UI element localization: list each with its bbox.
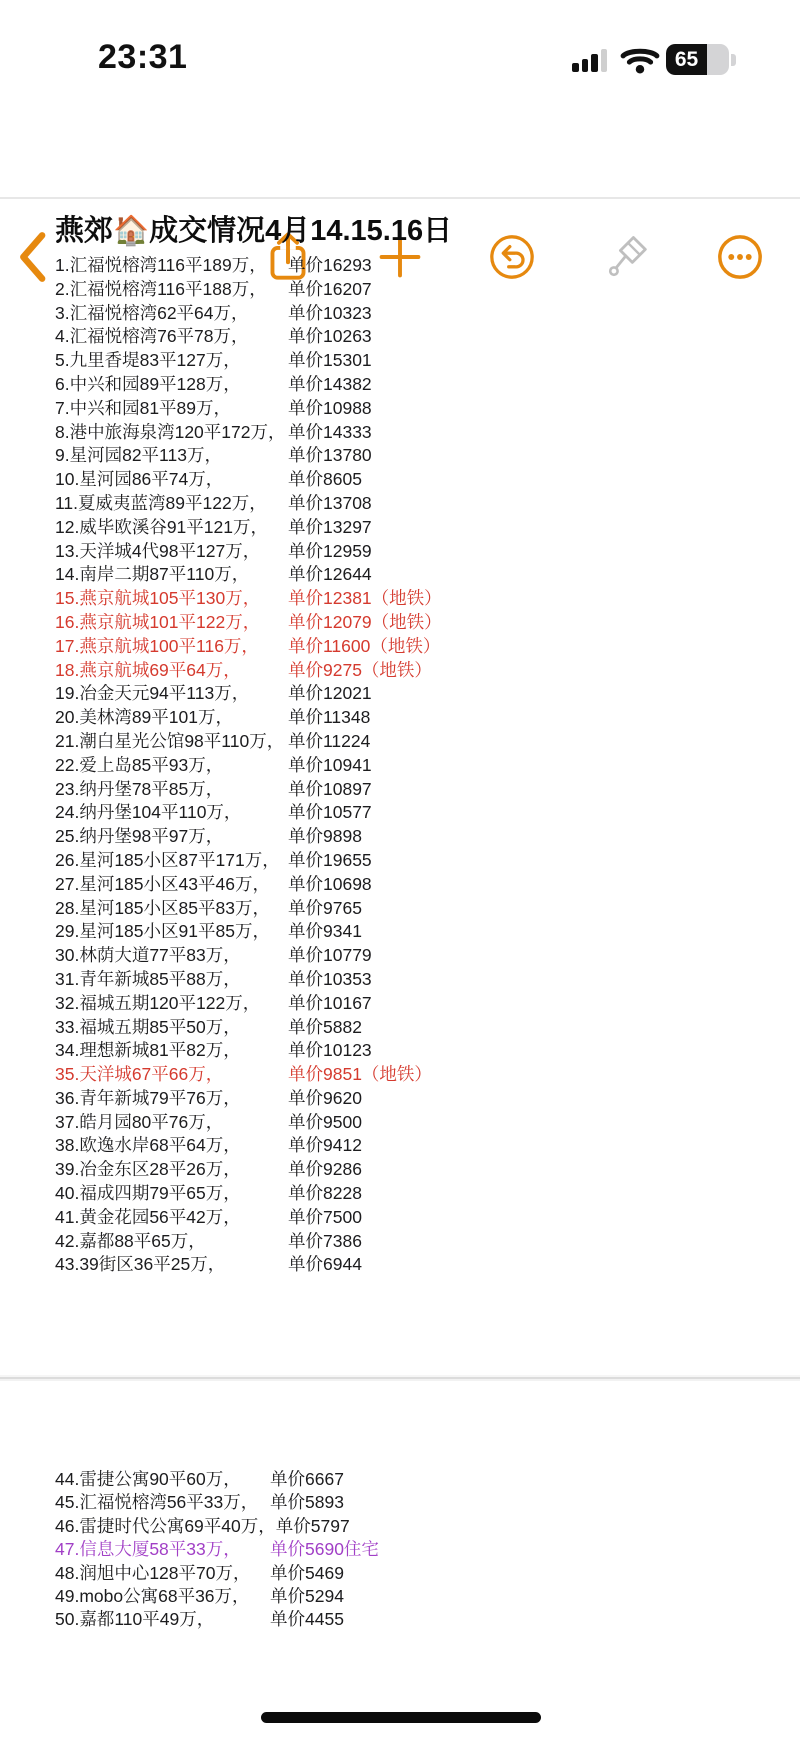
list-item: 28.星河185小区85平83万，单价9765: [55, 897, 775, 921]
home-indicator[interactable]: [261, 1712, 541, 1723]
unit-price: 单价10353: [288, 968, 372, 992]
list-item: 35.天洋城67平66万，单价9851（地铁）: [55, 1063, 775, 1087]
listing-description: 7.中兴和园81平89万，: [55, 397, 288, 421]
listing-description: 6.中兴和园89平128万，: [55, 373, 288, 397]
unit-price: 单价11600（地铁）: [288, 635, 440, 659]
unit-price: 单价5690住宅: [270, 1538, 379, 1561]
list-item: 1.汇福悦榕湾116平189万，单价16293: [55, 254, 775, 278]
unit-price: 单价16293: [288, 254, 372, 278]
list-item: 6.中兴和园89平128万，单价14382: [55, 373, 775, 397]
unit-price: 单价15301: [288, 349, 372, 373]
unit-price: 单价10263: [288, 325, 372, 349]
cellular-signal-icon: [572, 46, 610, 72]
unit-price: 单价9620: [288, 1087, 362, 1111]
list-item: 46.雷捷时代公寓69平40万，单价5797: [55, 1515, 775, 1538]
unit-price: 单价5294: [270, 1585, 344, 1608]
unit-price: 单价12079（地铁）: [288, 611, 442, 635]
list-item: 23.纳丹堡78平85万，单价10897: [55, 778, 775, 802]
unit-price: 单价5893: [270, 1491, 344, 1514]
listing-description: 18.燕京航城69平64万，: [55, 659, 288, 683]
listing-description: 48.润旭中心128平70万，: [55, 1562, 270, 1585]
unit-price: 单价9341: [288, 920, 362, 944]
listing-description: 20.美林湾89平101万，: [55, 706, 288, 730]
list-item: 25.纳丹堡98平97万，单价9898: [55, 825, 775, 849]
unit-price: 单价5469: [270, 1562, 344, 1585]
unit-price: 单价7500: [288, 1206, 362, 1230]
toolbar-divider: [0, 197, 800, 199]
list-item: 29.星河185小区91平85万，单价9341: [55, 920, 775, 944]
listing-description: 35.天洋城67平66万，: [55, 1063, 288, 1087]
listing-description: 36.青年新城79平76万，: [55, 1087, 288, 1111]
unit-price: 单价11348: [288, 706, 370, 730]
battery-percent: 65: [666, 44, 707, 75]
listing-description: 24.纳丹堡104平110万，: [55, 801, 288, 825]
listing-description: 22.爱上岛85平93万，: [55, 754, 288, 778]
listing-description: 39.冶金东区28平26万，: [55, 1158, 288, 1182]
list-item: 33.福城五期85平50万，单价5882: [55, 1016, 775, 1040]
list-item: 41.黄金花园56平42万，单价7500: [55, 1206, 775, 1230]
list-item: 13.天洋城4代98平127万，单价12959: [55, 540, 775, 564]
note-toolbar: [0, 108, 800, 194]
list-item: 40.福成四期79平65万，单价8228: [55, 1182, 775, 1206]
listing-description: 14.南岸二期87平110万，: [55, 563, 288, 587]
list-item: 47.信息大厦58平33万，单价5690住宅: [55, 1538, 775, 1561]
listing-description: 47.信息大厦58平33万，: [55, 1538, 270, 1561]
list-item: 8.港中旅海泉湾120平172万，单价14333: [55, 421, 775, 445]
listing-description: 11.夏威夷蓝湾89平122万，: [55, 492, 288, 516]
listing-description: 16.燕京航城101平122万，: [55, 611, 288, 635]
unit-price: 单价19655: [288, 849, 372, 873]
listing-description: 42.嘉都88平65万，: [55, 1230, 288, 1254]
unit-price: 单价4455: [270, 1608, 344, 1631]
listing-description: 38.欧逸水岸68平64万，: [55, 1134, 288, 1158]
listing-description: 2.汇福悦榕湾116平188万，: [55, 278, 288, 302]
unit-price: 单价13708: [288, 492, 372, 516]
listing-description: 28.星河185小区85平83万，: [55, 897, 288, 921]
back-button[interactable]: [8, 232, 56, 284]
page-break-divider: [0, 1377, 800, 1379]
listing-description: 23.纳丹堡78平85万，: [55, 778, 288, 802]
listing-description: 33.福城五期85平50万，: [55, 1016, 288, 1040]
unit-price: 单价9851（地铁）: [288, 1063, 432, 1087]
note-body: 燕郊🏠成交情况4月14.15.16日 1.汇福悦榕湾116平189万，单价162…: [55, 208, 775, 1277]
unit-price: 单价8228: [288, 1182, 362, 1206]
unit-price: 单价10779: [288, 944, 372, 968]
listing-description: 27.星河185小区43平46万，: [55, 873, 288, 897]
unit-price: 单价9898: [288, 825, 362, 849]
list-item: 15.燕京航城105平130万，单价12381（地铁）: [55, 587, 775, 611]
unit-price: 单价9412: [288, 1134, 362, 1158]
unit-price: 单价10167: [288, 992, 372, 1016]
listing-description: 12.威毕欧溪谷91平121万，: [55, 516, 288, 540]
listing-description: 29.星河185小区91平85万，: [55, 920, 288, 944]
battery-icon: 65: [666, 44, 736, 75]
list-item: 31.青年新城85平88万，单价10353: [55, 968, 775, 992]
list-item: 3.汇福悦榕湾62平64万，单价10323: [55, 302, 775, 326]
listing-description: 15.燕京航城105平130万，: [55, 587, 288, 611]
listing-description: 17.燕京航城100平116万，: [55, 635, 288, 659]
unit-price: 单价14382: [288, 373, 372, 397]
unit-price: 单价10988: [288, 397, 372, 421]
listing-description: 4.汇福悦榕湾76平78万，: [55, 325, 288, 349]
transaction-list-page-2: 44.雷捷公寓90平60万，单价666745.汇福悦榕湾56平33万，单价589…: [55, 1468, 775, 1632]
unit-price: 单价12959: [288, 540, 372, 564]
list-item: 24.纳丹堡104平110万，单价10577: [55, 801, 775, 825]
unit-price: 单价13780: [288, 444, 372, 468]
listing-description: 10.星河园86平74万，: [55, 468, 288, 492]
unit-price: 单价14333: [288, 421, 372, 445]
unit-price: 单价10897: [288, 778, 372, 802]
unit-price: 单价9765: [288, 897, 362, 921]
list-item: 9.星河园82平113万，单价13780: [55, 444, 775, 468]
listing-description: 1.汇福悦榕湾116平189万，: [55, 254, 288, 278]
unit-price: 单价6944: [288, 1253, 362, 1277]
list-item: 27.星河185小区43平46万，单价10698: [55, 873, 775, 897]
list-item: 49.mobo公寓68平36万，单价5294: [55, 1585, 775, 1608]
unit-price: 单价10323: [288, 302, 372, 326]
list-item: 5.九里香堤83平127万，单价15301: [55, 349, 775, 373]
listing-description: 49.mobo公寓68平36万，: [55, 1585, 270, 1608]
unit-price: 单价10941: [288, 754, 372, 778]
unit-price: 单价10698: [288, 873, 372, 897]
transaction-list-page-1: 1.汇福悦榕湾116平189万，单价162932.汇福悦榕湾116平188万，单…: [55, 254, 775, 1277]
listing-description: 32.福城五期120平122万，: [55, 992, 288, 1016]
note-title: 燕郊🏠成交情况4月14.15.16日: [55, 208, 775, 254]
status-bar: 23:31 65: [0, 0, 800, 100]
list-item: 44.雷捷公寓90平60万，单价6667: [55, 1468, 775, 1491]
listing-description: 26.星河185小区87平171万，: [55, 849, 288, 873]
wifi-icon: [620, 44, 660, 79]
listing-description: 30.林荫大道77平83万，: [55, 944, 288, 968]
list-item: 21.潮白星光公馆98平110万，单价11224: [55, 730, 775, 754]
list-item: 22.爱上岛85平93万，单价10941: [55, 754, 775, 778]
listing-description: 19.冶金天元94平113万，: [55, 682, 288, 706]
listing-description: 13.天洋城4代98平127万，: [55, 540, 288, 564]
unit-price: 单价9275（地铁）: [288, 659, 432, 683]
listing-description: 50.嘉都110平49万，: [55, 1608, 270, 1631]
list-item: 32.福城五期120平122万，单价10167: [55, 992, 775, 1016]
unit-price: 单价6667: [270, 1468, 344, 1491]
listing-description: 21.潮白星光公馆98平110万，: [55, 730, 288, 754]
list-item: 17.燕京航城100平116万，单价11600（地铁）: [55, 635, 775, 659]
list-item: 12.威毕欧溪谷91平121万，单价13297: [55, 516, 775, 540]
list-item: 30.林荫大道77平83万，单价10779: [55, 944, 775, 968]
clock-time: 23:31: [98, 38, 187, 77]
listing-description: 45.汇福悦榕湾56平33万，: [55, 1491, 270, 1514]
listing-description: 5.九里香堤83平127万，: [55, 349, 288, 373]
unit-price: 单价12381（地铁）: [288, 587, 442, 611]
unit-price: 单价12021: [288, 682, 372, 706]
list-item: 16.燕京航城101平122万，单价12079（地铁）: [55, 611, 775, 635]
back-chevron-icon: [16, 231, 48, 286]
unit-price: 单价9286: [288, 1158, 362, 1182]
listing-description: 43.39街区36平25万，: [55, 1253, 288, 1277]
listing-description: 44.雷捷公寓90平60万，: [55, 1468, 270, 1491]
list-item: 4.汇福悦榕湾76平78万，单价10263: [55, 325, 775, 349]
unit-price: 单价8605: [288, 468, 362, 492]
list-item: 34.理想新城81平82万，单价10123: [55, 1039, 775, 1063]
list-item: 36.青年新城79平76万，单价9620: [55, 1087, 775, 1111]
listing-description: 34.理想新城81平82万，: [55, 1039, 288, 1063]
list-item: 14.南岸二期87平110万，单价12644: [55, 563, 775, 587]
list-item: 10.星河园86平74万，单价8605: [55, 468, 775, 492]
listing-description: 8.港中旅海泉湾120平172万，: [55, 421, 288, 445]
listing-description: 9.星河园82平113万，: [55, 444, 288, 468]
unit-price: 单价5882: [288, 1016, 362, 1040]
listing-description: 25.纳丹堡98平97万，: [55, 825, 288, 849]
list-item: 19.冶金天元94平113万，单价12021: [55, 682, 775, 706]
unit-price: 单价7386: [288, 1230, 362, 1254]
unit-price: 单价13297: [288, 516, 372, 540]
listing-description: 40.福成四期79平65万，: [55, 1182, 288, 1206]
listing-description: 31.青年新城85平88万，: [55, 968, 288, 992]
unit-price: 单价12644: [288, 563, 372, 587]
unit-price: 单价11224: [288, 730, 370, 754]
unit-price: 单价10123: [288, 1039, 372, 1063]
list-item: 48.润旭中心128平70万，单价5469: [55, 1562, 775, 1585]
unit-price: 单价16207: [288, 278, 372, 302]
list-item: 42.嘉都88平65万，单价7386: [55, 1230, 775, 1254]
list-item: 26.星河185小区87平171万，单价19655: [55, 849, 775, 873]
list-item: 2.汇福悦榕湾116平188万，单价16207: [55, 278, 775, 302]
listing-description: 46.雷捷时代公寓69平40万，: [55, 1515, 276, 1538]
unit-price: 单价5797: [276, 1515, 350, 1538]
listing-description: 3.汇福悦榕湾62平64万，: [55, 302, 288, 326]
list-item: 38.欧逸水岸68平64万，单价9412: [55, 1134, 775, 1158]
list-item: 11.夏威夷蓝湾89平122万，单价13708: [55, 492, 775, 516]
list-item: 18.燕京航城69平64万，单价9275（地铁）: [55, 659, 775, 683]
list-item: 39.冶金东区28平26万，单价9286: [55, 1158, 775, 1182]
unit-price: 单价9500: [288, 1111, 362, 1135]
list-item: 43.39街区36平25万，单价6944: [55, 1253, 775, 1277]
list-item: 45.汇福悦榕湾56平33万，单价5893: [55, 1491, 775, 1514]
unit-price: 单价10577: [288, 801, 372, 825]
list-item: 37.皓月园80平76万，单价9500: [55, 1111, 775, 1135]
listing-description: 37.皓月园80平76万，: [55, 1111, 288, 1135]
list-item: 7.中兴和园81平89万，单价10988: [55, 397, 775, 421]
list-item: 50.嘉都110平49万，单价4455: [55, 1608, 775, 1631]
listing-description: 41.黄金花园56平42万，: [55, 1206, 288, 1230]
list-item: 20.美林湾89平101万，单价11348: [55, 706, 775, 730]
